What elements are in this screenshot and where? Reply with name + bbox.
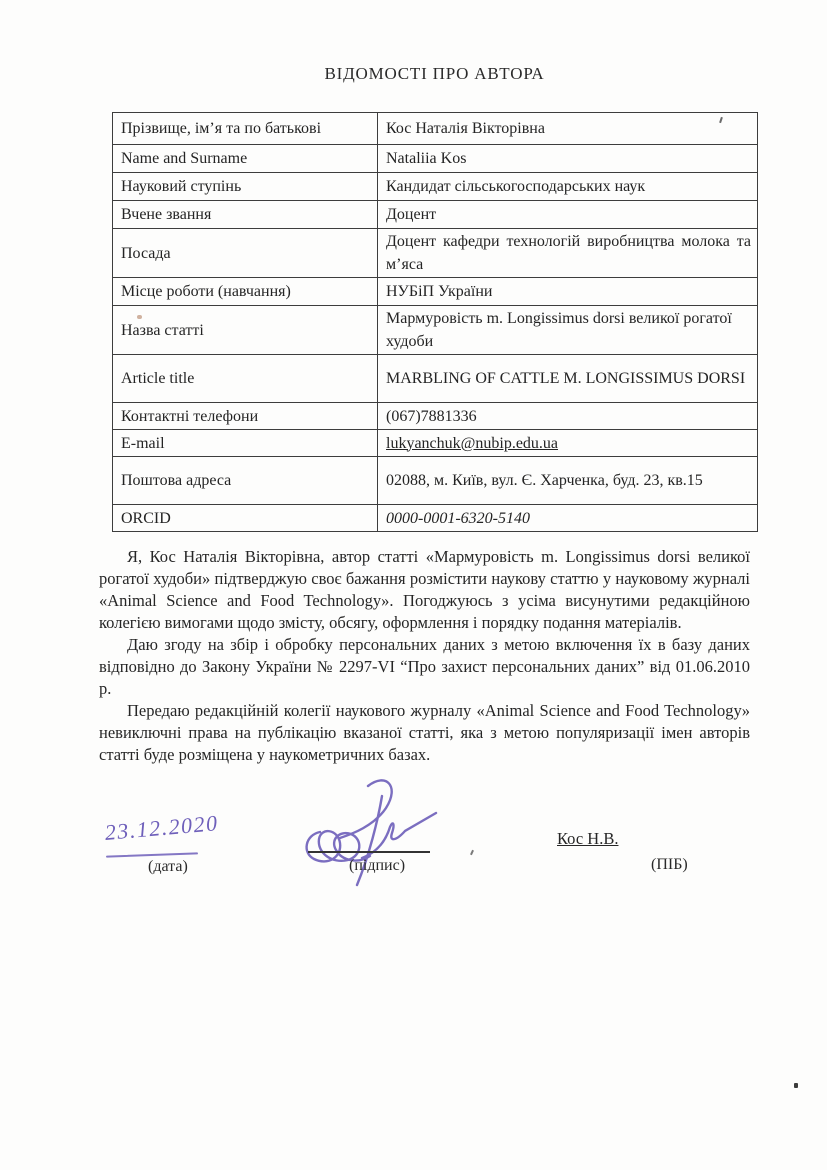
row-label-name-en: Name and Surname [113, 145, 378, 173]
row-value-article-title-ua: Мармуровість m. Longissimus dorsi велико… [378, 306, 758, 355]
scan-speck [794, 1083, 798, 1088]
table-row: ORCID 0000-0001-6320-5140 [113, 505, 758, 532]
row-label-email: E-mail [113, 430, 378, 457]
row-label-postal-address: Поштова адреса [113, 457, 378, 505]
row-value-degree: Кандидат сільськогосподарських наук [378, 173, 758, 201]
scanned-document-page: ВІДОМОСТІ ПРО АВТОРА Прізвище, ім’я та п… [0, 0, 827, 1170]
row-value-orcid: 0000-0001-6320-5140 [378, 505, 758, 532]
table-row: Name and Surname Nataliia Kos [113, 145, 758, 173]
table-row: Article title MARBLING OF CATTLE M. LONG… [113, 355, 758, 403]
row-label-phone: Контактні телефони [113, 403, 378, 430]
consent-text-block: Я, Кос Наталія Вікторівна, автор статті … [99, 546, 750, 766]
table-row: Вчене звання Доцент [113, 201, 758, 229]
table-row: E-mail lukyanchuk@nubip.edu.ua [113, 430, 758, 457]
table-row: Прізвище, ім’я та по батькові Кос Наталі… [113, 113, 758, 145]
row-label-workplace: Місце роботи (навчання) [113, 278, 378, 306]
signature-line [308, 851, 430, 853]
row-label-article-title-en: Article title [113, 355, 378, 403]
row-value-name-en: Nataliia Kos [378, 145, 758, 173]
table-row: Назва статті Мармуровість m. Longissimus… [113, 306, 758, 355]
table-row: Посада Доцент кафедри технологій виробни… [113, 229, 758, 278]
author-name-initials: Кос Н.В. [557, 829, 618, 849]
row-value-surname: Кос Наталія Вікторівна [378, 113, 758, 145]
row-label-academic-title: Вчене звання [113, 201, 378, 229]
row-value-postal-address: 02088, м. Київ, вул. Є. Харченка, буд. 2… [378, 457, 758, 505]
scan-speck [470, 850, 474, 855]
row-value-article-title-en: MARBLING OF CATTLE M. LONGISSIMUS DORSI [378, 355, 758, 403]
paragraph-publication-confirmation: Я, Кос Наталія Вікторівна, автор статті … [99, 546, 750, 634]
signature-caption: (підпис) [349, 857, 405, 875]
row-label-article-title-ua: Назва статті [113, 306, 378, 355]
row-label-degree: Науковий ступінь [113, 173, 378, 201]
author-info-table: Прізвище, ім’я та по батькові Кос Наталі… [112, 112, 758, 532]
row-label-surname: Прізвище, ім’я та по батькові [113, 113, 378, 145]
row-value-phone: (067)7881336 [378, 403, 758, 430]
table-row: Науковий ступінь Кандидат сільськогоспод… [113, 173, 758, 201]
paragraph-personal-data-consent: Даю згоду на збір і обробку персональних… [99, 634, 750, 700]
table-row: Поштова адреса 02088, м. Київ, вул. Є. Х… [113, 457, 758, 505]
row-value-academic-title: Доцент [378, 201, 758, 229]
date-ink-underline [106, 852, 198, 857]
document-title: ВІДОМОСТІ ПРО АВТОРА [112, 64, 757, 84]
table-row: Місце роботи (навчання) НУБіП України [113, 278, 758, 306]
row-value-email: lukyanchuk@nubip.edu.ua [378, 430, 758, 457]
row-label-position: Посада [113, 229, 378, 278]
table-row: Контактні телефони (067)7881336 [113, 403, 758, 430]
scan-speck [137, 315, 142, 319]
row-value-workplace: НУБіП України [378, 278, 758, 306]
row-label-orcid: ORCID [113, 505, 378, 532]
handwritten-date: 23.12.2020 [104, 810, 220, 846]
row-value-position: Доцент кафедри технологій виробництва мо… [378, 229, 758, 278]
date-caption: (дата) [148, 858, 188, 876]
paragraph-rights-transfer: Передаю редакційній колегії наукового жу… [99, 700, 750, 766]
name-caption: (ПІБ) [651, 856, 688, 874]
